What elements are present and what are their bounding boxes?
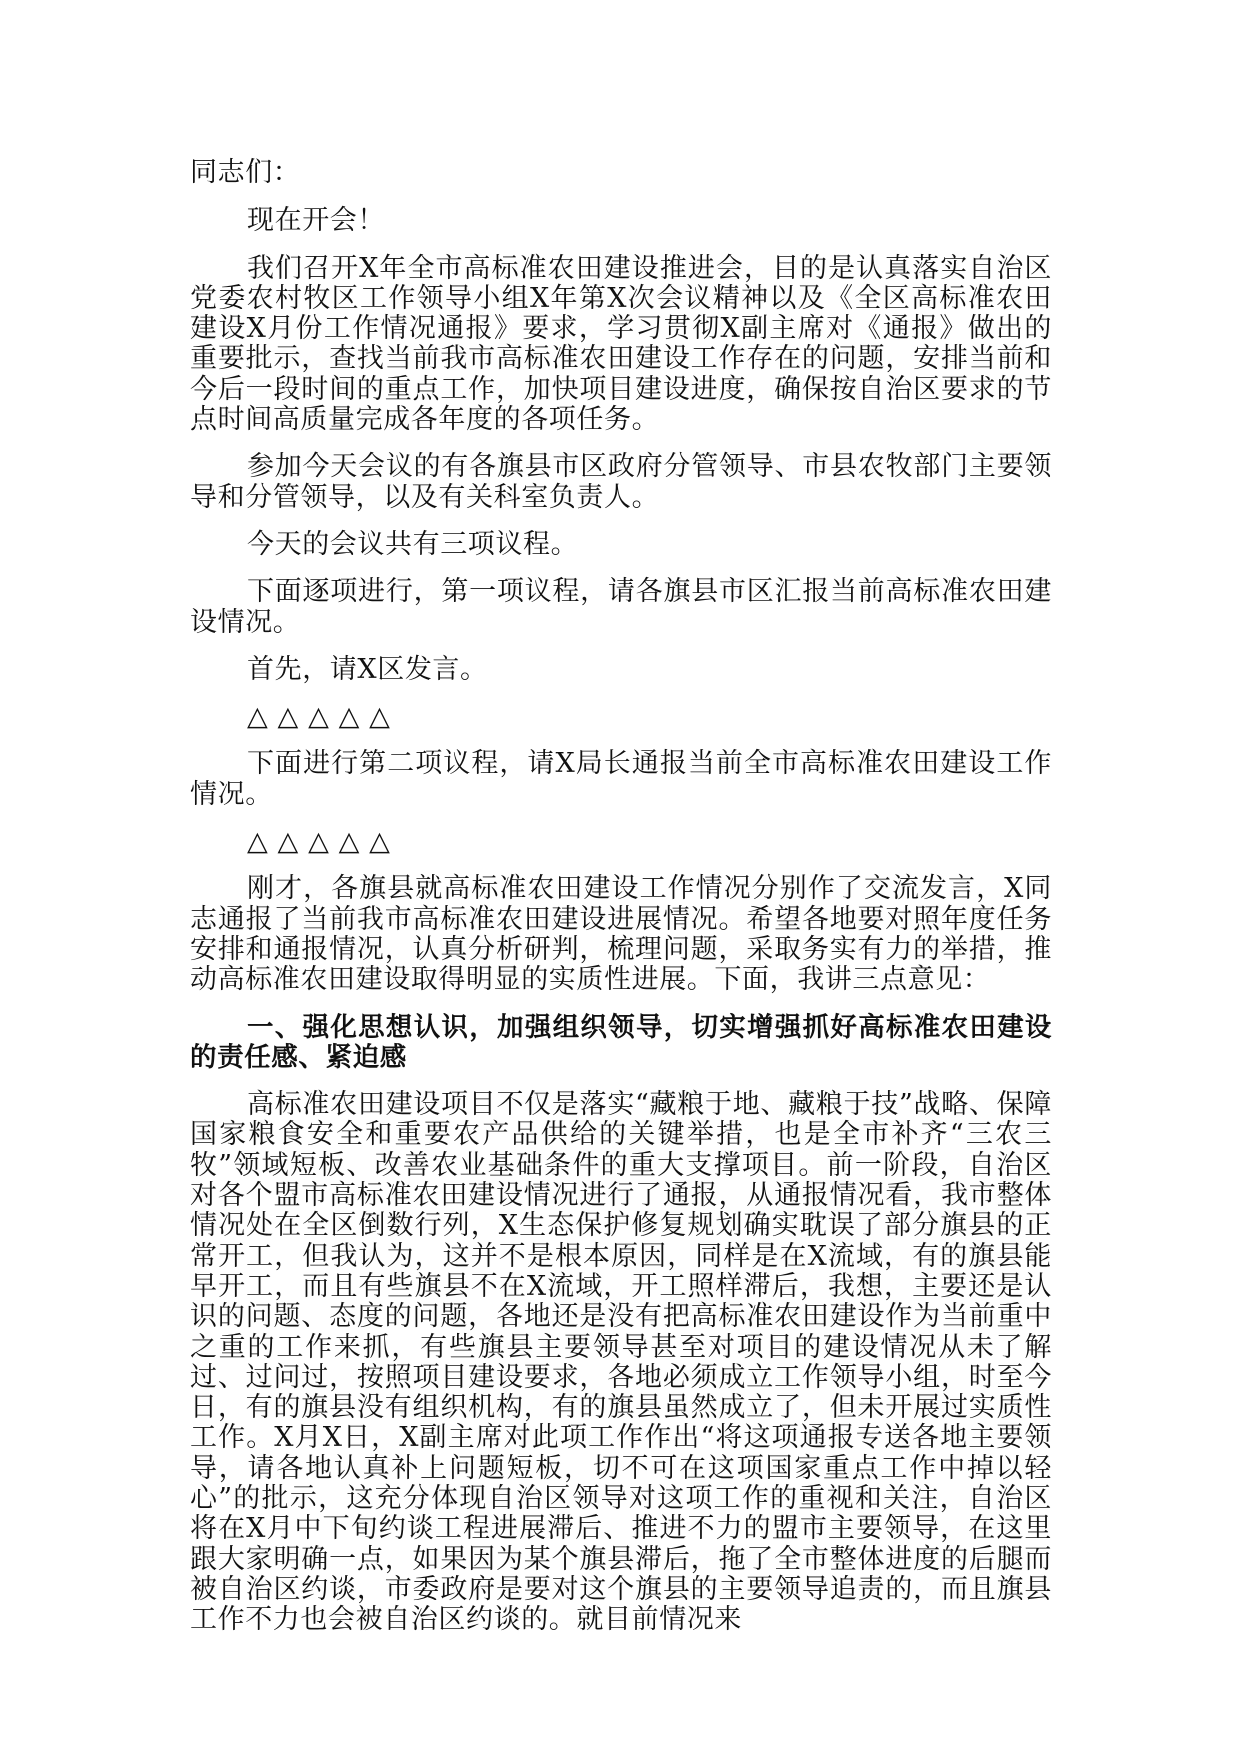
paragraph-agenda-item-1: 下面逐项进行，第一项议程，请各旗县市区汇报当前高标准农田建设情况。 bbox=[190, 577, 1052, 638]
document-page: 同志们： 现在开会！ 我们召开X年全市高标准农田建设推进会，目的是认真落实自治区… bbox=[190, 158, 1052, 1652]
section-heading-1: 一、强化思想认识，加强组织领导，切实增强抓好高标准农田建设的责任感、紧迫感 bbox=[190, 1013, 1052, 1074]
salutation: 同志们： bbox=[190, 158, 1052, 188]
paragraph-attendees: 参加今天会议的有各旗县市区政府分管领导、市县农牧部门主要领导和分管领导，以及有关… bbox=[190, 452, 1052, 513]
paragraph-purpose: 我们召开X年全市高标准农田建设推进会，目的是认真落实自治区党委农村牧区工作领导小… bbox=[190, 254, 1052, 436]
paragraph-agenda-item-2: 下面进行第二项议程，请X局长通报当前全市高标准农田建设工作情况。 bbox=[190, 749, 1052, 810]
triangle-separator: △ △ △ △ △ bbox=[190, 827, 1052, 857]
paragraph-summary: 刚才，各旗县就高标准农田建设工作情况分别作了交流发言，X同志通报了当前我市高标准… bbox=[190, 874, 1052, 995]
triangle-separator: △ △ △ △ △ bbox=[190, 702, 1052, 732]
section-body-1: 高标准农田建设项目不仅是落实“藏粮于地、藏粮于技”战略、保障国家粮食安全和重要农… bbox=[190, 1090, 1052, 1635]
paragraph-agenda-count: 今天的会议共有三项议程。 bbox=[190, 530, 1052, 560]
paragraph-first-speaker: 首先，请X区发言。 bbox=[190, 655, 1052, 685]
paragraph-opening: 现在开会！ bbox=[190, 206, 1052, 236]
